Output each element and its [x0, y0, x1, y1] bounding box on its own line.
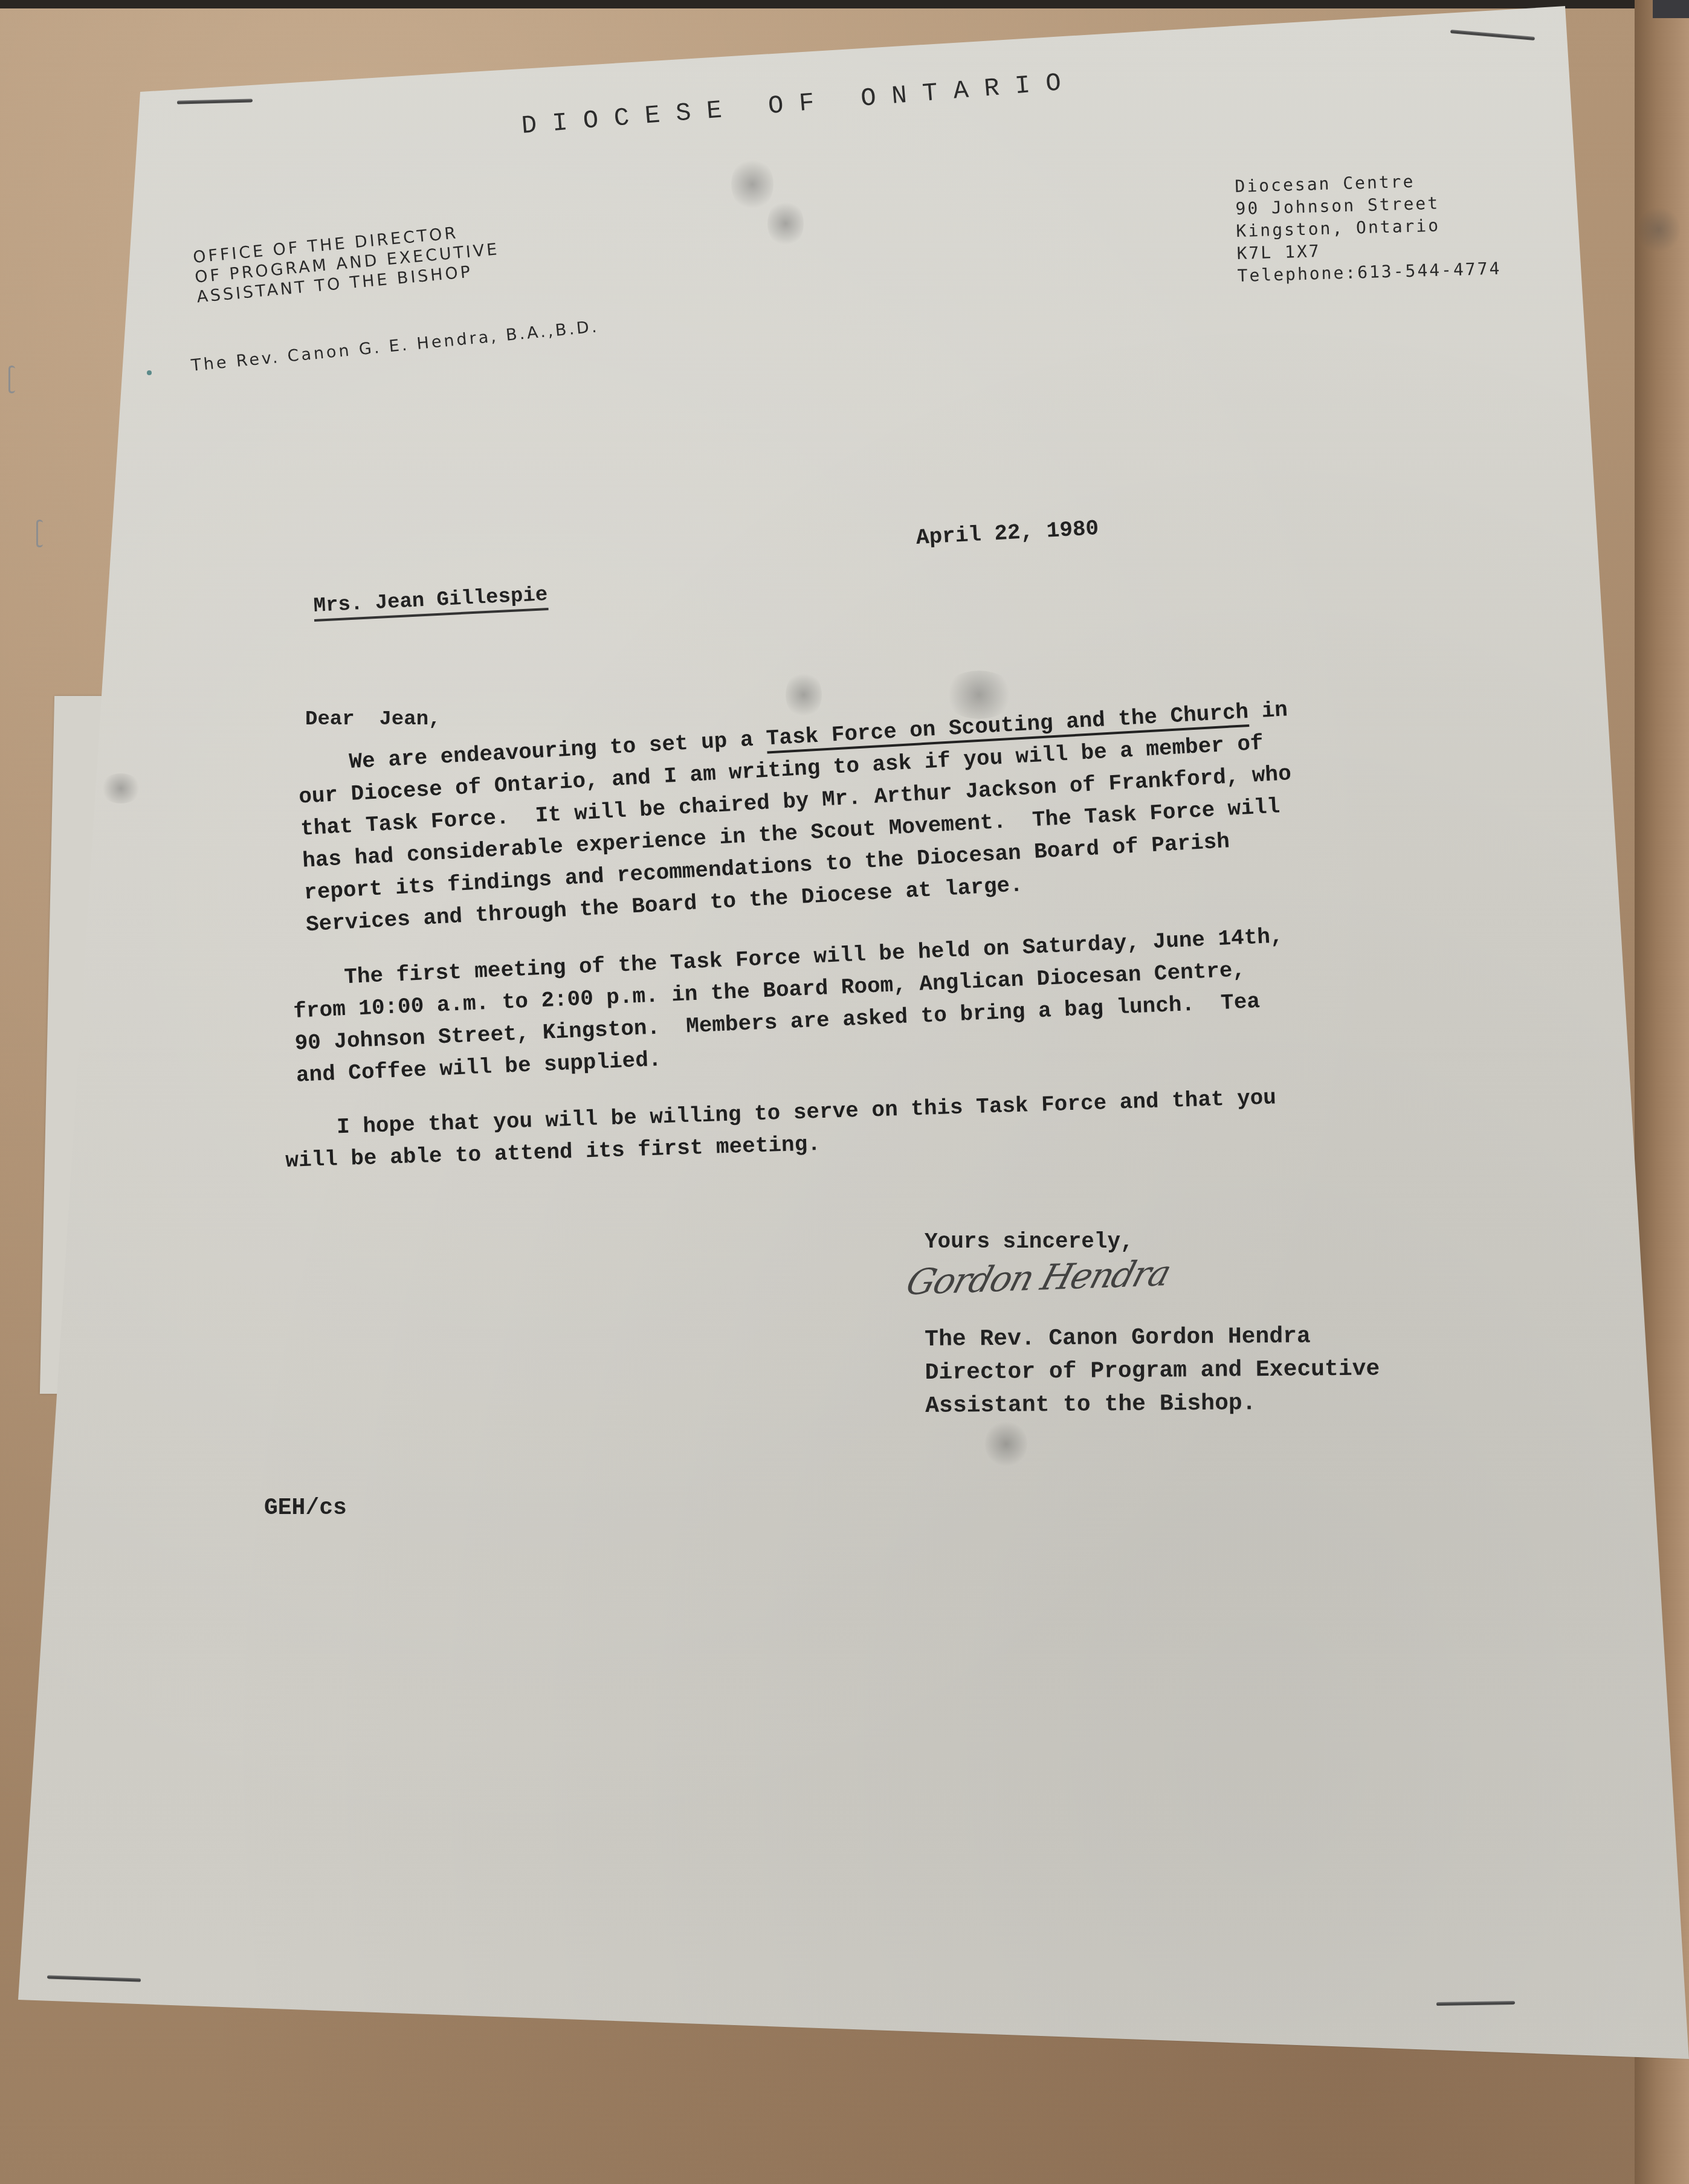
smudge: [786, 671, 822, 719]
address-block: Diocesan Centre 90 Johnson Street Kingst…: [1235, 168, 1502, 287]
letter-paper: [0, 0, 1689, 2184]
folder-corner: [1653, 0, 1689, 18]
smudge: [985, 1420, 1027, 1468]
staple-icon: [36, 520, 43, 547]
smudge: [767, 199, 804, 248]
paragraph-1-trail: in: [1248, 697, 1288, 724]
closing: Yours sincerely,: [925, 1229, 1134, 1254]
background-top-edge: [0, 0, 1689, 8]
staple-icon: [8, 366, 15, 393]
reference-initials: GEH/cs: [264, 1495, 347, 1521]
smudge: [100, 773, 142, 804]
salutation: Dear Jean,: [305, 708, 441, 731]
smudge: [1638, 205, 1680, 254]
ink-mark: [147, 370, 152, 375]
signer-block: The Rev. Canon Gordon Hendra Director of…: [925, 1319, 1380, 1423]
smudge: [731, 157, 773, 211]
